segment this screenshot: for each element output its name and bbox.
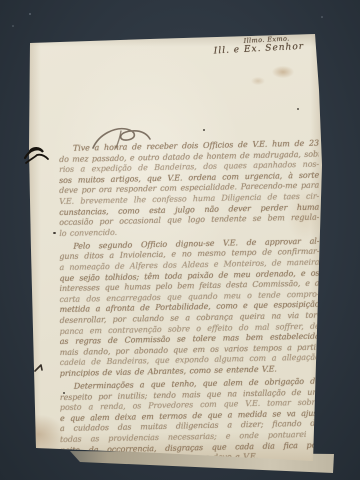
- manuscript-page: Illmo. Exmo. Ill. e Ex. Senhor Tive a ho…: [29, 34, 322, 462]
- ink-tick-mark-icon: [33, 362, 45, 374]
- dust-speck: [321, 16, 323, 18]
- paragraph: Pelo segundo Officio dignou-se V.E. de a…: [59, 236, 319, 379]
- ink-speck: [203, 129, 205, 131]
- paragraph: Tive a honra de receber dois Officios de…: [59, 139, 319, 240]
- ink-speck: [53, 232, 56, 234]
- ink-flourish-mark-icon: [22, 144, 50, 168]
- dust-speck: [29, 13, 31, 15]
- ink-speck: [297, 108, 299, 110]
- letter-salutation: Illmo. Exmo. Ill. e Ex. Senhor: [179, 35, 305, 60]
- manuscript-text: Tive a honra de receber dois Officios de…: [59, 139, 320, 467]
- ink-speck: [63, 392, 65, 394]
- photo-scene: Illmo. Exmo. Ill. e Ex. Senhor Tive a ho…: [0, 0, 360, 480]
- dust-speck: [12, 25, 14, 27]
